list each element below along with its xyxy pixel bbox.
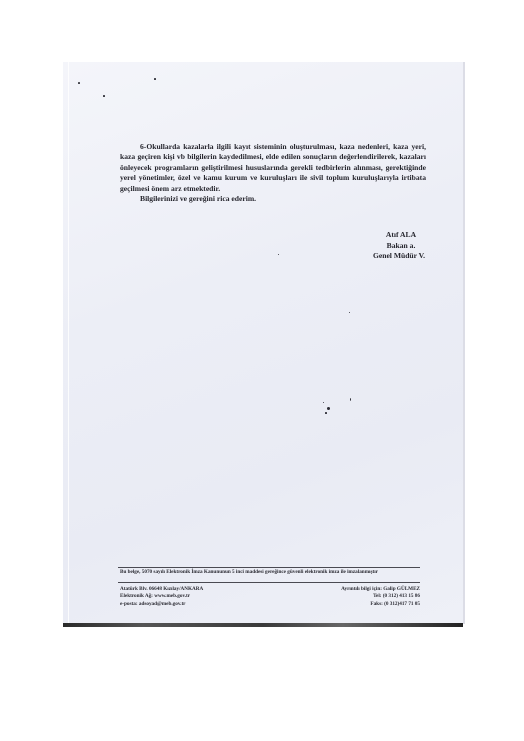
signatory-role: Genel Müdür V. xyxy=(333,251,443,262)
website-line: Elektronik Ağ: www.meb.gov.tr xyxy=(120,593,203,600)
scan-speck xyxy=(327,407,330,410)
scan-speck xyxy=(78,82,80,84)
paragraph-closing: Bilgilerinizi ve gereğini rica ederim. xyxy=(120,194,426,204)
letter-body: 6-Okullarda kazalarla ilgili kayıt siste… xyxy=(120,142,426,204)
scan-speck xyxy=(323,402,324,403)
phone-line: Tel: (0 312) 413 15 86 xyxy=(341,593,420,600)
signature-block: Atıf ALA Bakan a. Genel Müdür V. xyxy=(333,230,443,262)
page-left-edge xyxy=(68,62,69,624)
footer-address: Atatürk Blv. 06648 Kızılay/ANKARA Elektr… xyxy=(120,586,203,608)
e-signature-note: Bu belge, 5070 sayılı Elektronik İmza Ka… xyxy=(120,569,378,575)
scanned-page: 6-Okullarda kazalarla ilgili kayıt siste… xyxy=(63,62,465,624)
email-line: e-posta: adsoyad@meb.gov.tr xyxy=(120,601,203,608)
signatory-title: Bakan a. xyxy=(333,241,443,252)
scan-speck xyxy=(278,254,279,255)
fax-line: Faks: (0 312)417 71 05 xyxy=(341,601,420,608)
signatory-name: Atıf ALA xyxy=(333,230,443,241)
footer-top-rule xyxy=(118,567,420,568)
scan-speck xyxy=(350,398,351,401)
page-bottom-edge xyxy=(63,623,463,627)
footer-bottom-rule xyxy=(118,582,420,583)
scan-speck xyxy=(325,412,327,414)
scan-speck xyxy=(349,312,350,313)
footer-contact: Ayrıntılı bilgi için: Galip GÜLMEZ Tel: … xyxy=(341,586,420,608)
scan-speck xyxy=(154,78,156,80)
paragraph-accident-records: 6-Okullarda kazalarla ilgili kayıt siste… xyxy=(120,142,426,194)
scan-speck xyxy=(103,95,105,97)
